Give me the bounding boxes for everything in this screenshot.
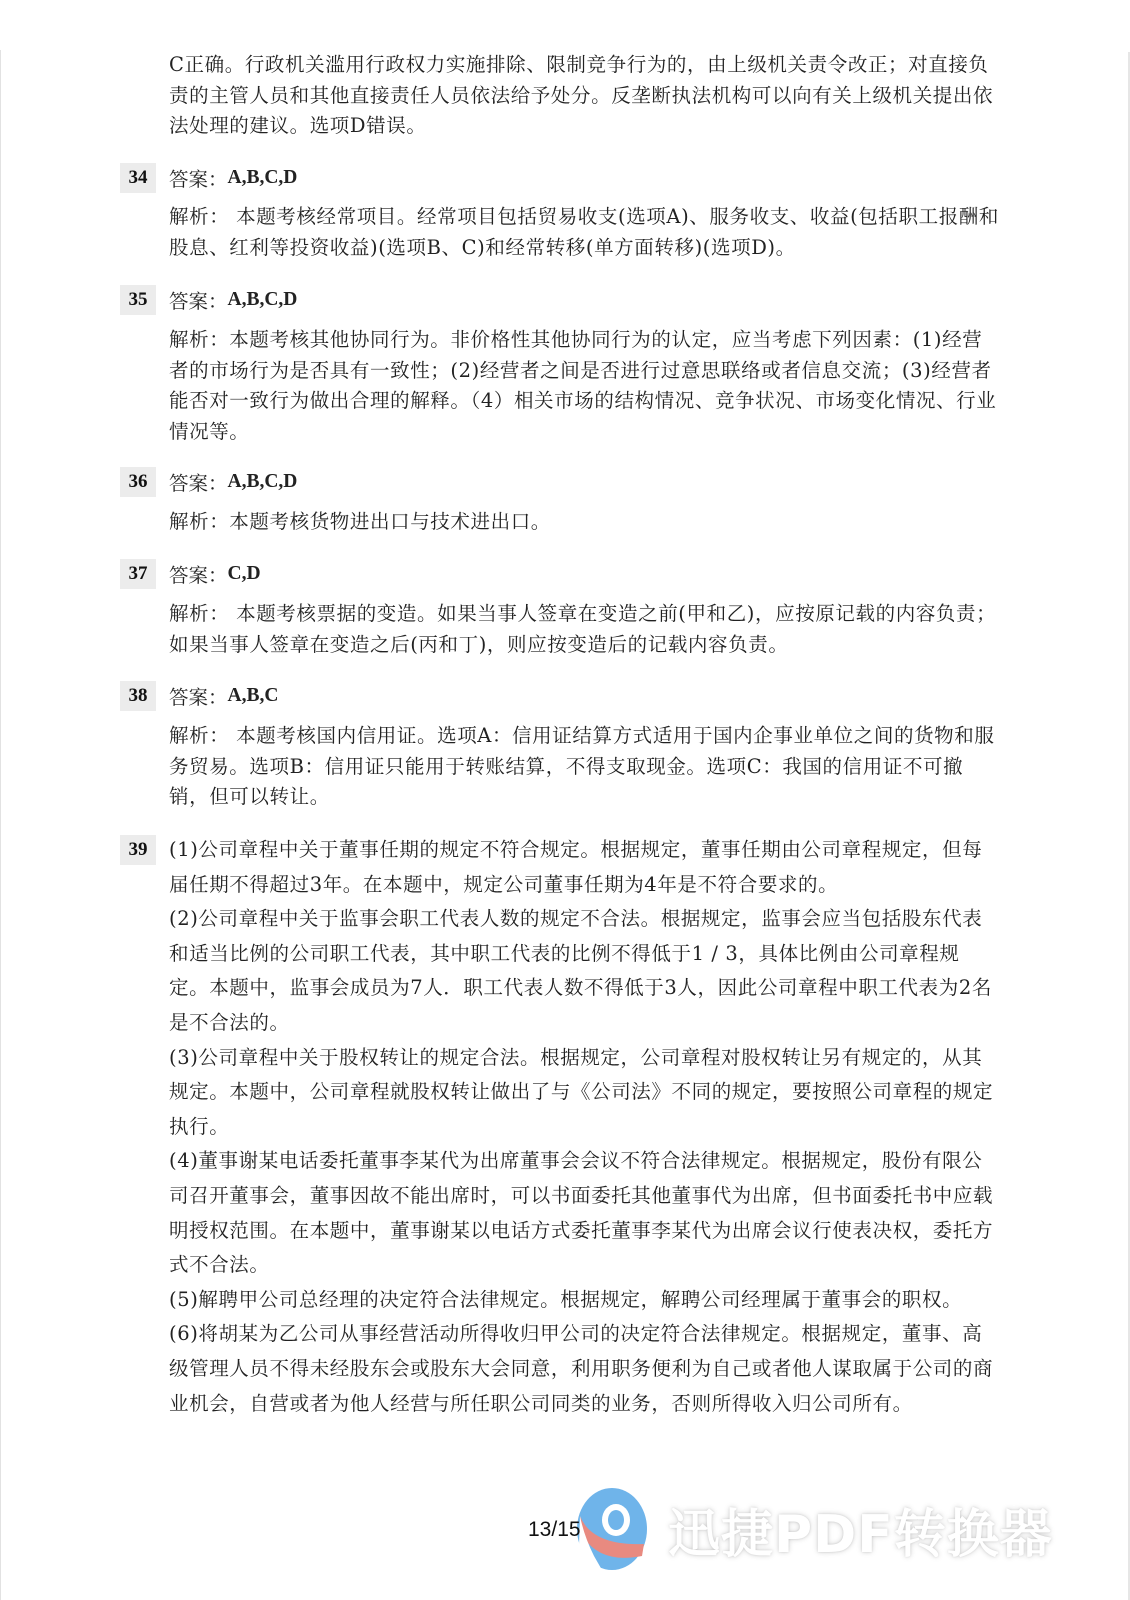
question-number: 39 xyxy=(120,835,156,865)
answer-point-2: (2)公司章程中关于监事会职工代表人数的规定不合法。根据规定，监事会应当包括股东… xyxy=(169,902,999,1040)
answer-label: 答案： xyxy=(169,468,228,496)
page-left-border xyxy=(0,50,1,1600)
question-number: 36 xyxy=(120,467,156,497)
question-34-header: 34 答案：A,B,C,D xyxy=(120,163,297,193)
question-35-analysis: 解析：本题考核其他协同行为。非价格性其他协同行为的认定，应当考虑下列因素：(1)… xyxy=(169,325,999,447)
answer-value: A,B,C,D xyxy=(228,289,298,311)
answer-value: A,B,C,D xyxy=(228,167,298,189)
answer-point-5: (5)解聘甲公司总经理的决定符合法律规定。根据规定，解聘公司经理属于董事会的职权… xyxy=(169,1283,999,1318)
answer-label: 答案： xyxy=(169,286,228,314)
question-38-analysis: 解析： 本题考核国内信用证。选项A：信用证结算方式适用于国内企事业单位之间的货物… xyxy=(169,721,999,813)
question-36-header: 36 答案：A,B,C,D xyxy=(120,467,297,497)
question-35-header: 35 答案：A,B,C,D xyxy=(120,285,297,315)
answer-point-6: (6)将胡某为乙公司从事经营活动所得收归甲公司的决定符合法律规定。根据规定，董事… xyxy=(169,1317,999,1421)
answer-label: 答案： xyxy=(169,164,228,192)
answer-point-4: (4)董事谢某电话委托董事李某代为出席董事会会议不符合法律规定。根据规定，股份有… xyxy=(169,1144,999,1282)
answer-point-3: (3)公司章程中关于股权转让的规定合法。根据规定，公司章程对股权转让另有规定的，… xyxy=(169,1041,999,1145)
question-number: 35 xyxy=(120,285,156,315)
question-number: 38 xyxy=(120,681,156,711)
question-34-analysis: 解析： 本题考核经常项目。经常项目包括贸易收支(选项A)、服务收支、收益(包括职… xyxy=(169,202,999,263)
answer-value: C,D xyxy=(228,563,261,585)
question-36-analysis: 解析：本题考核货物进出口与技术进出口。 xyxy=(169,507,999,538)
xunjie-pdf-logo-icon xyxy=(572,1486,648,1572)
question-37-header: 37 答案：C,D xyxy=(120,559,261,589)
answer-label: 答案： xyxy=(169,682,228,710)
watermark-text: 迅捷PDF转换器 xyxy=(668,1492,1053,1567)
intro-paragraph: C正确。行政机关滥用行政权力实施排除、限制竞争行为的，由上级机关责令改正；对直接… xyxy=(169,50,999,142)
question-39-header: 39 xyxy=(120,835,156,865)
question-number: 37 xyxy=(120,559,156,589)
watermark: 迅捷PDF转换器 xyxy=(572,1486,1053,1572)
answer-value: A,B,C,D xyxy=(228,471,298,493)
answer-value: A,B,C xyxy=(228,685,279,707)
question-39-answer: (1)公司章程中关于董事任期的规定不符合规定。根据规定，董事任期由公司章程规定，… xyxy=(169,833,999,1421)
page-number: 13/15 xyxy=(528,1518,581,1542)
answer-label: 答案： xyxy=(169,560,228,588)
question-38-header: 38 答案：A,B,C xyxy=(120,681,278,711)
question-number: 34 xyxy=(120,163,156,193)
question-37-analysis: 解析： 本题考核票据的变造。如果当事人签章在变造之前(甲和乙)，应按原记载的内容… xyxy=(169,599,999,660)
answer-point-1: (1)公司章程中关于董事任期的规定不符合规定。根据规定，董事任期由公司章程规定，… xyxy=(169,833,999,902)
